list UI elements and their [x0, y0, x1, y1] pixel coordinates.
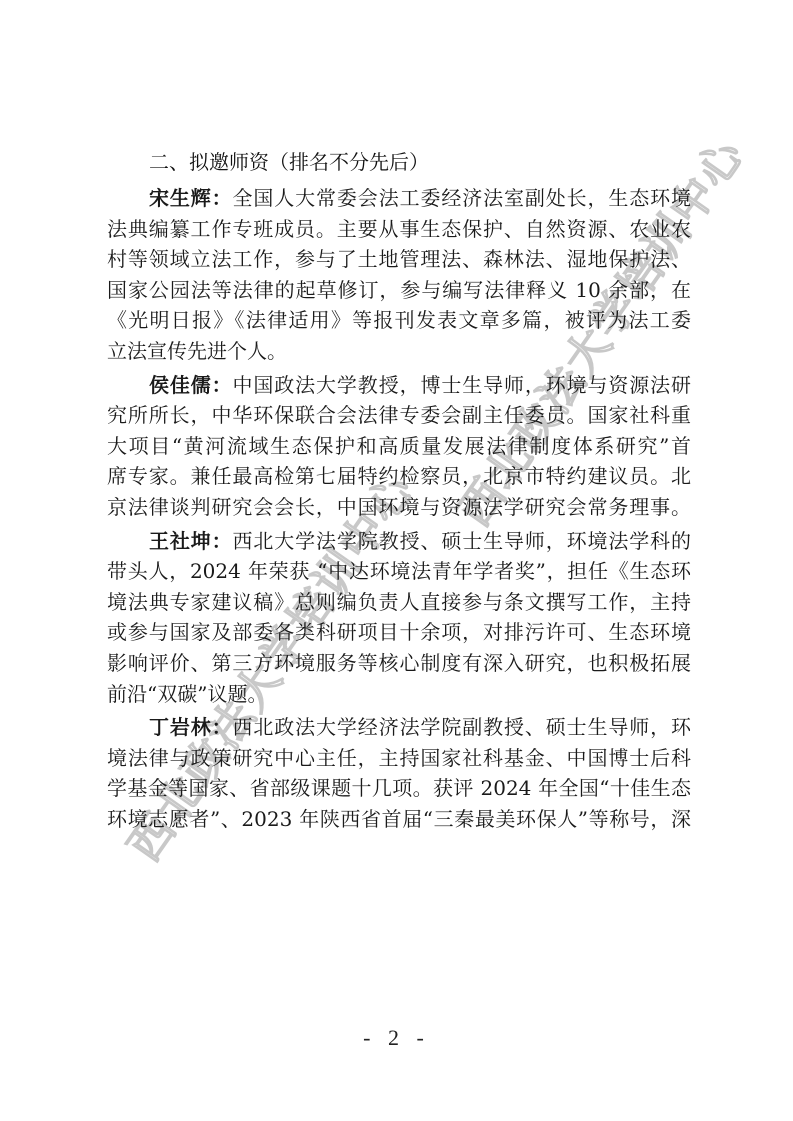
instructor-name: 王社坤： [149, 529, 233, 553]
bio-line: 村等领域立法工作，参与了土地管理法、森林法、湿地保护法、 [107, 244, 691, 275]
page-number: - 2 - [0, 1025, 793, 1051]
bio-line: 境法典专家建议稿》总则编负责人直接参与条文撰写工作，主持 [107, 587, 691, 618]
instructor-name: 宋生辉： [149, 186, 233, 210]
bio-line: 国家公园法等法律的起草修订，参与编写法律释义 10 余部，在 [107, 275, 691, 306]
bio-line: 学基金等国家、省部级课题十几项。获评 2024 年全国“十佳生态 [107, 773, 691, 804]
bio-line: 立法宣传先进个人。 [107, 336, 691, 367]
section-heading: 二、拟邀师资（排名不分先后） [107, 145, 691, 179]
instructor-name: 侯佳儒： [149, 373, 233, 397]
bio-line: 前沿“双碳”议题。 [107, 679, 691, 710]
bio-line: 或参与国家及部委各类科研项目十余项，对排污许可、生态环境 [107, 617, 691, 648]
bio-line: 《光明日报》《法律适用》等报刊发表文章多篇，被评为法工委 [107, 305, 691, 336]
bio-line: 带头人，2024 年荣获 “中达环境法青年学者奖”，担任《生态环 [107, 556, 691, 587]
instructor-bio-hou: 侯佳儒：中国政法大学教授，博士生导师，环境与资源法研 究所所长，中华环保联合会法… [107, 370, 691, 523]
bio-line: 西北大学法学院教授、硕士生导师，环境法学科的 [233, 529, 691, 553]
bio-line: 境法律与政策研究中心主任，主持国家社科基金、中国博士后科 [107, 743, 691, 774]
bio-line: 席专家。兼任最高检第七届特约检察员，北京市特约建议员。北 [107, 461, 691, 492]
instructor-bio-song: 宋生辉：全国人大常委会法工委经济法室副处长，生态环境 法典编纂工作专班成员。主要… [107, 183, 691, 367]
bio-line: 影响评价、第三方环境服务等核心制度有深入研究，也积极拓展 [107, 648, 691, 679]
bio-line: 究所所长，中华环保联合会法律专委会副主任委员。国家社科重 [107, 400, 691, 431]
bio-line: 全国人大常委会法工委经济法室副处长，生态环境 [233, 186, 691, 210]
instructor-bio-ding: 丁岩林：西北政法大学经济法学院副教授、硕士生导师，环 境法律与政策研究中心主任，… [107, 712, 691, 834]
instructor-bio-wang: 王社坤：西北大学法学院教授、硕士生导师，环境法学科的 带头人，2024 年荣获 … [107, 526, 691, 710]
bio-line: 环境志愿者”、2023 年陕西省首届“三秦最美环保人”等称号，深 [107, 804, 691, 835]
bio-line: 西北政法大学经济法学院副教授、硕士生导师，环 [233, 715, 691, 739]
bio-line: 京法律谈判研究会会长，中国环境与资源法学研究会常务理事。 [107, 492, 691, 523]
bio-line: 中国政法大学教授，博士生导师，环境与资源法研 [233, 373, 691, 397]
bio-line: 大项目“黄河流域生态保护和高质量发展法律制度体系研究”首 [107, 431, 691, 462]
document-page: 西北政法大学培训中心 西北政法大学培训中心 二、拟邀师资（排名不分先后） 宋生辉… [0, 0, 793, 1121]
instructor-name: 丁岩林： [149, 715, 233, 739]
document-body: 二、拟邀师资（排名不分先后） 宋生辉：全国人大常委会法工委经济法室副处长，生态环… [107, 145, 691, 834]
bio-line: 法典编纂工作专班成员。主要从事生态保护、自然资源、农业农 [107, 214, 691, 245]
